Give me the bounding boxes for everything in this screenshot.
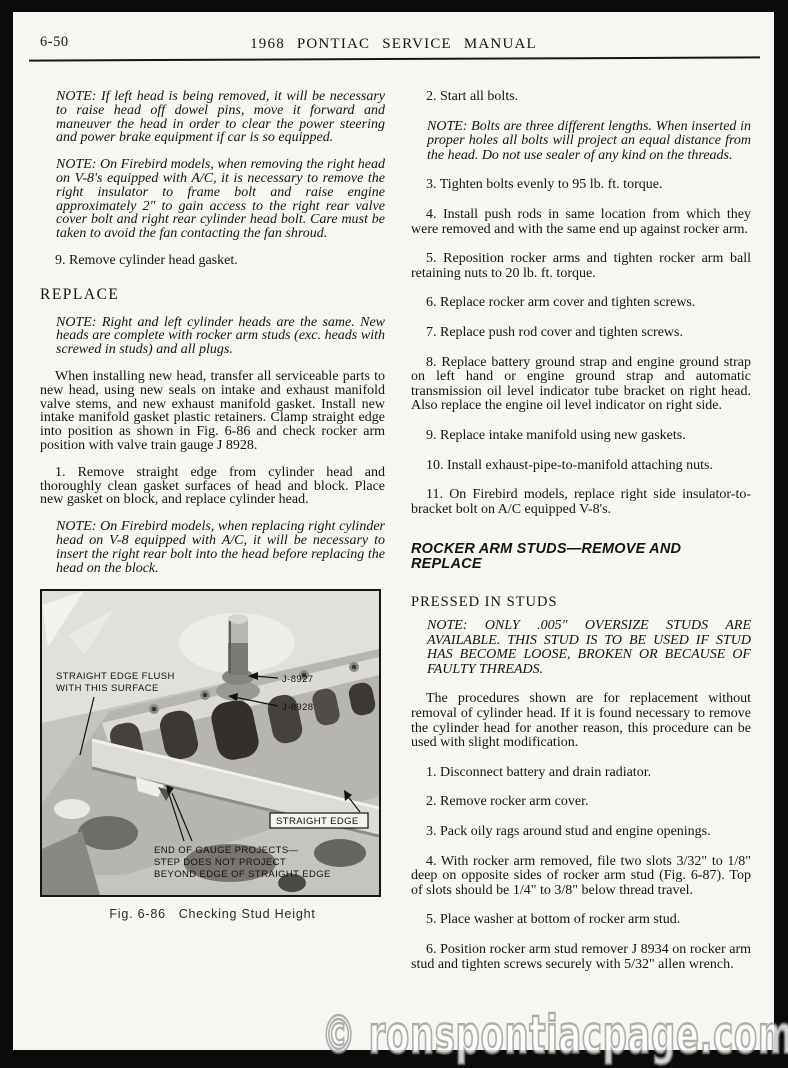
header-rule: [29, 56, 760, 61]
step-firebird-insulator-bolt: 11. On Firebird models, replace right si…: [411, 488, 751, 517]
note-firebird-removal: NOTE: On Firebird models, when removing …: [56, 158, 385, 241]
stud-step-remove-cover: 2. Remove rocker arm cover.: [411, 795, 751, 810]
stud-step-pack-rags: 3. Pack oily rags around stud and engine…: [411, 825, 751, 840]
step-reposition-rocker-arms: 5. Reposition rocker arms and tighten ro…: [411, 252, 751, 281]
step-replace-ground-straps: 8. Replace battery ground strap and engi…: [411, 356, 751, 414]
replace-heading: REPLACE: [40, 288, 385, 302]
stud-step-disconnect-battery: 1. Disconnect battery and drain radiator…: [411, 766, 751, 781]
content-columns: NOTE: If left head is being removed, it …: [40, 90, 759, 987]
step-replace-intake-manifold: 9. Replace intake manifold using new gas…: [411, 429, 751, 444]
note-bolt-lengths: NOTE: Bolts are three different lengths.…: [427, 120, 751, 164]
para-new-head: When installing new head, transfer all s…: [40, 370, 385, 453]
step-remove-straight-edge: 1. Remove straight edge from cylinder he…: [40, 466, 385, 507]
flush-label-line1: STRAIGHT EDGE FLUSH: [56, 671, 175, 682]
stud-step-file-slots: 4. With rocker arm removed, file two slo…: [411, 855, 751, 899]
step-remove-gasket: 9. Remove cylinder head gasket.: [40, 254, 385, 268]
gauge-note-line3: BEYOND EDGE OF STRAIGHT EDGE: [154, 869, 331, 880]
note-left-head: NOTE: If left head is being removed, it …: [56, 90, 385, 145]
step-install-exhaust-nuts: 10. Install exhaust-pipe-to-manifold att…: [411, 459, 751, 474]
page-title: 1968 PONTIAC SERVICE MANUAL: [13, 36, 774, 53]
stud-step-position-remover: 6. Position rocker arm stud remover J 89…: [411, 943, 751, 972]
figure-6-86: STRAIGHT EDGE FLUSH WITH THIS SURFACE J-…: [40, 589, 381, 897]
gauge-note-line1: END OF GAUGE PROJECTS—: [154, 845, 299, 856]
step-install-push-rods: 4. Install push rods in same location fr…: [411, 208, 751, 237]
figure-photo: STRAIGHT EDGE FLUSH WITH THIS SURFACE J-…: [42, 591, 379, 895]
note-firebird-replace: NOTE: On Firebird models, when replacing…: [56, 520, 385, 575]
step-tighten-bolts: 3. Tighten bolts evenly to 95 lb. ft. to…: [411, 178, 751, 193]
right-column: 2. Start all bolts. NOTE: Bolts are thre…: [411, 90, 751, 987]
tool-label-j8928: J-8928: [282, 702, 313, 713]
para-procedures: The procedures shown are for replacement…: [411, 692, 751, 750]
left-column: NOTE: If left head is being removed, it …: [40, 90, 385, 987]
tool-label-j8927: J-8927: [282, 674, 313, 685]
note-heads-same: NOTE: Right and left cylinder heads are …: [56, 316, 385, 357]
stud-step-place-washer: 5. Place washer at bottom of rocker arm …: [411, 913, 751, 928]
step-start-bolts: 2. Start all bolts.: [411, 90, 751, 105]
pressed-in-studs-heading: PRESSED IN STUDS: [411, 595, 751, 610]
straight-edge-label: STRAIGHT EDGE: [276, 816, 359, 827]
rocker-arm-studs-heading: ROCKER ARM STUDS—REMOVE AND REPLACE: [411, 542, 751, 571]
step-replace-rocker-cover: 6. Replace rocker arm cover and tighten …: [411, 296, 751, 311]
step-replace-push-rod-cover: 7. Replace push rod cover and tighten sc…: [411, 326, 751, 341]
figure-caption: Fig. 6-86 Checking Stud Height: [40, 908, 385, 922]
note-oversize-studs: NOTE: ONLY .005" OVERSIZE STUDS ARE AVAI…: [427, 619, 751, 677]
flush-label-line2: WITH THIS SURFACE: [56, 683, 159, 694]
manual-page: 6-50 1968 PONTIAC SERVICE MANUAL NOTE: I…: [13, 12, 774, 1050]
gauge-note-line2: STEP DOES NOT PROJECT: [154, 857, 286, 868]
